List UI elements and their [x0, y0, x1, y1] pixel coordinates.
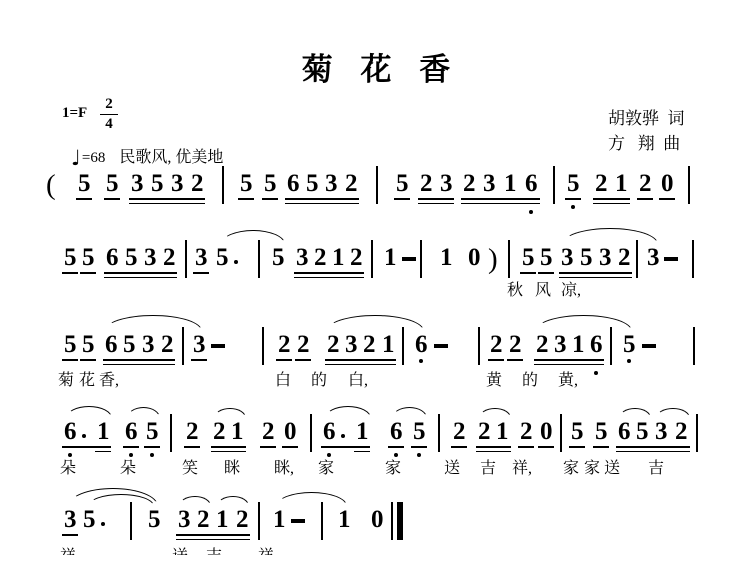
augmentation-dot — [234, 260, 238, 264]
note: 5 — [82, 246, 95, 270]
note: 5 — [272, 246, 285, 270]
slur-arc — [656, 408, 690, 418]
slur-arc — [104, 315, 202, 331]
slur-arc — [276, 492, 347, 506]
note: 5 — [623, 333, 636, 357]
slur-arc — [325, 406, 371, 418]
barline — [170, 414, 172, 452]
beam-line — [418, 203, 454, 205]
note: 3 — [131, 172, 144, 196]
beam-line — [211, 446, 246, 448]
lyric-syllable: 白 — [275, 367, 291, 390]
lyricist-credit: 胡敦骅 词 — [608, 104, 685, 129]
beam-line — [507, 359, 523, 361]
lyric-syllable: 送 — [604, 455, 620, 478]
beam-line — [129, 203, 205, 205]
note: 5 — [636, 420, 649, 444]
note: 5 — [306, 172, 319, 196]
note: 6 — [525, 172, 538, 196]
tempo-value: =68 — [82, 150, 105, 166]
lyric-syllable: 花 — [79, 367, 95, 390]
lyric-syllable: 家 — [318, 455, 334, 478]
note: 2 — [618, 246, 631, 270]
note: 5 — [567, 172, 580, 196]
note: 5 — [522, 246, 535, 270]
octave-dot — [419, 359, 423, 363]
lyric-syllable: 秋 — [507, 277, 523, 300]
note: 5 — [264, 172, 277, 196]
intro-paren: ( — [46, 172, 56, 198]
augmentation-dot — [82, 434, 86, 438]
note: 1 — [504, 172, 517, 196]
beam-line — [325, 364, 396, 366]
lyric-syllable: 家 — [563, 455, 579, 478]
note: 3 — [561, 246, 574, 270]
duration-dash — [402, 257, 416, 261]
lyrics-row: 秋风凉, — [0, 277, 752, 299]
barline — [222, 166, 224, 204]
note: 1 — [382, 333, 395, 357]
note: 5 — [106, 172, 119, 196]
barline — [553, 166, 555, 204]
beam-line — [191, 359, 207, 361]
note: 6 — [590, 333, 603, 357]
note: 6 — [106, 246, 119, 270]
note: 6 — [125, 420, 138, 444]
note: 0 — [661, 172, 674, 196]
time-numerator: 2 — [100, 96, 118, 115]
slur-arc — [392, 407, 427, 418]
lyric-syllable: 菊 — [58, 367, 74, 390]
note: 2 — [345, 172, 358, 196]
barline — [560, 414, 562, 452]
note: 3 — [554, 333, 567, 357]
beam-line — [488, 359, 504, 361]
note: 3 — [325, 172, 338, 196]
note: 3 — [655, 420, 668, 444]
beam-line — [637, 198, 653, 200]
beam-line — [565, 198, 581, 200]
note: 5 — [83, 508, 96, 532]
note: 1 — [384, 246, 397, 270]
beam-line — [260, 446, 276, 448]
barline — [508, 240, 510, 278]
beam-line — [95, 446, 111, 448]
slur-arc — [479, 408, 511, 418]
beam-line — [534, 364, 604, 366]
slur-arc — [535, 315, 632, 331]
lyric-syllable: 祥, — [512, 455, 532, 478]
lyric-syllable: 家 — [385, 455, 401, 478]
note: 5 — [82, 333, 95, 357]
note: 5 — [151, 172, 164, 196]
score-page: 菊 花 香 1=F 2 4 ♩=68民歌风, 优美地 胡敦骅 词 方 翔 曲 (… — [0, 0, 752, 585]
beam-line — [184, 446, 200, 448]
beam-line — [76, 198, 92, 200]
lyric-syllable: 吉 — [480, 455, 496, 478]
note: 2 — [675, 420, 688, 444]
beam-line — [593, 446, 609, 448]
style-text: 民歌风, 优美地 — [119, 149, 223, 166]
note: 5 — [146, 420, 159, 444]
augmentation-dot — [101, 522, 105, 526]
note: 3 — [647, 246, 660, 270]
slur-arc — [326, 315, 424, 331]
beam-line — [659, 198, 675, 200]
beam-line — [104, 198, 120, 200]
duration-dash — [664, 257, 678, 261]
note: 1 — [440, 246, 453, 270]
lyric-syllable: 祥 — [258, 543, 274, 555]
lyrics-row: 朵朵笑眯眯,家家送吉祥,家家送吉 — [0, 455, 752, 477]
barline — [402, 327, 404, 365]
note: 0 — [468, 246, 481, 270]
note: 2 — [639, 172, 652, 196]
barline — [636, 240, 638, 278]
note: 2 — [236, 508, 249, 532]
quarter-note-icon: ♩ — [71, 146, 81, 170]
note: 5 — [148, 508, 161, 532]
note: 6 — [287, 172, 300, 196]
beam-line — [616, 446, 690, 448]
note: 2 — [363, 333, 376, 357]
lyric-syllable: 祥, — [60, 543, 80, 555]
beam-line — [559, 272, 632, 274]
note: 2 — [197, 508, 210, 532]
barline — [692, 240, 694, 278]
barline — [310, 414, 312, 452]
note: 2 — [314, 246, 327, 270]
note: 0 — [284, 420, 297, 444]
note: 5 — [64, 246, 77, 270]
note: 6 — [105, 333, 118, 357]
lyric-syllable: 黄 — [486, 367, 502, 390]
duration-dash — [434, 344, 448, 348]
note: 2 — [350, 246, 363, 270]
barline — [693, 327, 695, 365]
augmentation-dot — [341, 434, 345, 438]
note: 5 — [540, 246, 553, 270]
song-title: 菊 花 香 — [0, 44, 752, 89]
barline — [438, 414, 440, 452]
beam-line — [534, 359, 604, 361]
beam-line — [593, 198, 630, 200]
note: 3 — [193, 333, 206, 357]
note: 2 — [191, 172, 204, 196]
barline — [262, 327, 264, 365]
note: 3 — [195, 246, 208, 270]
barline — [610, 327, 612, 365]
note: 3 — [142, 333, 155, 357]
slur-arc — [217, 496, 249, 506]
note: 2 — [595, 172, 608, 196]
note: 2 — [278, 333, 291, 357]
lyric-syllable: 的 — [311, 367, 327, 390]
lyric-syllable: 送 — [444, 455, 460, 478]
lyric-syllable: 眯 — [224, 455, 240, 478]
note: 5 — [413, 420, 426, 444]
note: 5 — [125, 246, 138, 270]
beam-line — [418, 198, 454, 200]
note: 2 — [478, 420, 491, 444]
slur-arc — [66, 406, 112, 418]
note: 5 — [78, 172, 91, 196]
lyric-syllable: 家 — [584, 455, 600, 478]
note: 1 — [231, 420, 244, 444]
barline — [688, 166, 690, 204]
lyrics-row: 祥,送吉祥 — [0, 543, 752, 555]
slur-arc — [619, 408, 651, 418]
slur-arc — [127, 407, 160, 418]
beam-line — [461, 198, 540, 200]
octave-dot — [627, 359, 631, 363]
beam-line — [354, 446, 370, 448]
beam-line — [144, 446, 160, 448]
beam-line — [282, 446, 298, 448]
key-signature: 1=F — [62, 105, 87, 122]
note: 6 — [415, 333, 428, 357]
lyric-syllable: 吉 — [206, 543, 222, 555]
beam-line — [238, 198, 254, 200]
note: 2 — [262, 420, 275, 444]
beam-line — [295, 359, 311, 361]
beam-line — [80, 272, 96, 274]
beam-line — [593, 203, 630, 205]
beam-line — [285, 203, 359, 205]
note: 3 — [345, 333, 358, 357]
note: 1 — [216, 508, 229, 532]
note: 1 — [332, 246, 345, 270]
slur-arc — [214, 408, 246, 418]
beam-line — [123, 446, 139, 448]
barline — [376, 166, 378, 204]
beam-line — [538, 272, 554, 274]
beam-line — [518, 446, 534, 448]
beam-line — [129, 198, 205, 200]
note: 3 — [599, 246, 612, 270]
barline — [182, 327, 184, 365]
slur-arc — [221, 230, 285, 244]
note: 2 — [453, 420, 466, 444]
note: 2 — [327, 333, 340, 357]
note: 2 — [213, 420, 226, 444]
note: 1 — [356, 420, 369, 444]
note: 3 — [178, 508, 191, 532]
beam-line — [411, 446, 427, 448]
octave-dot — [529, 210, 533, 214]
note: 5 — [396, 172, 409, 196]
note: 5 — [64, 333, 77, 357]
lyric-syllable: 凉, — [561, 277, 581, 300]
note: 2 — [297, 333, 310, 357]
lyric-syllable: 朵 — [120, 455, 136, 478]
note: 6 — [64, 420, 77, 444]
lyric-syllable: 风 — [535, 277, 551, 300]
lyric-syllable: 送 — [172, 543, 188, 555]
beam-line — [520, 272, 536, 274]
beam-line — [193, 272, 209, 274]
beam-line — [80, 359, 96, 361]
note: 1 — [273, 508, 286, 532]
beam-line — [176, 534, 250, 536]
beam-line — [451, 446, 467, 448]
note: 1 — [97, 420, 110, 444]
note: 6 — [618, 420, 631, 444]
barline — [258, 240, 260, 278]
note: 2 — [463, 172, 476, 196]
duration-dash — [291, 519, 305, 523]
intro-paren: ) — [488, 246, 498, 272]
beam-line — [354, 451, 370, 453]
lyrics-row: 菊花香,白的白,黄的黄, — [0, 367, 752, 389]
composer-credit: 方 翔 曲 — [608, 129, 680, 154]
beam-line — [62, 359, 78, 361]
beam-line — [325, 359, 396, 361]
final-barline-thick — [397, 502, 403, 540]
note: 3 — [64, 508, 77, 532]
barline — [258, 502, 260, 540]
beam-line — [394, 198, 410, 200]
note: 1 — [338, 508, 351, 532]
note: 5 — [123, 333, 136, 357]
beam-line — [62, 272, 78, 274]
note: 5 — [240, 172, 253, 196]
note: 0 — [540, 420, 553, 444]
beam-line — [62, 534, 78, 536]
beam-line — [616, 451, 690, 453]
note: 5 — [216, 246, 229, 270]
note: 1 — [615, 172, 628, 196]
beam-line — [103, 359, 175, 361]
beam-line — [104, 272, 177, 274]
beam-line — [294, 272, 364, 274]
beam-line — [476, 446, 511, 448]
note: 3 — [171, 172, 184, 196]
note: 2 — [420, 172, 433, 196]
barline — [420, 240, 422, 278]
beam-line — [103, 364, 175, 366]
note: 2 — [161, 333, 174, 357]
lyric-syllable: 香, — [99, 367, 119, 390]
beam-line — [276, 359, 292, 361]
note: 2 — [509, 333, 522, 357]
barline — [371, 240, 373, 278]
note: 2 — [163, 246, 176, 270]
beam-line — [569, 446, 585, 448]
lyric-syllable: 白, — [348, 367, 368, 390]
beam-line — [176, 539, 250, 541]
note: 5 — [571, 420, 584, 444]
lyric-syllable: 眯, — [274, 455, 294, 478]
beam-line — [285, 198, 359, 200]
note: 0 — [371, 508, 384, 532]
note: 6 — [390, 420, 403, 444]
lyric-syllable: 黄, — [558, 367, 578, 390]
duration-dash — [642, 344, 656, 348]
note: 2 — [186, 420, 199, 444]
note: 1 — [572, 333, 585, 357]
note: 5 — [580, 246, 593, 270]
note: 3 — [440, 172, 453, 196]
barline — [185, 240, 187, 278]
beam-line — [262, 198, 278, 200]
barline — [130, 502, 132, 540]
beam-line — [538, 446, 554, 448]
beam-line — [476, 451, 511, 453]
note: 2 — [520, 420, 533, 444]
slur-arc — [562, 228, 658, 244]
barline — [478, 327, 480, 365]
note: 2 — [536, 333, 549, 357]
barline — [696, 414, 698, 452]
lyric-syllable: 朵 — [60, 455, 76, 478]
lyric-syllable: 吉 — [648, 455, 664, 478]
final-barline-thin — [391, 502, 393, 540]
lyric-syllable: 的 — [522, 367, 538, 390]
beam-line — [95, 451, 111, 453]
lyric-syllable: 笑 — [182, 455, 198, 478]
octave-dot — [571, 205, 575, 209]
note: 1 — [496, 420, 509, 444]
slur-arc — [179, 496, 211, 506]
note: 6 — [323, 420, 336, 444]
note: 2 — [490, 333, 503, 357]
note: 3 — [144, 246, 157, 270]
note: 3 — [483, 172, 496, 196]
note: 3 — [296, 246, 309, 270]
beam-line — [388, 446, 404, 448]
beam-line — [211, 451, 246, 453]
beam-line — [461, 203, 540, 205]
duration-dash — [211, 344, 225, 348]
note: 5 — [595, 420, 608, 444]
barline — [321, 502, 323, 540]
